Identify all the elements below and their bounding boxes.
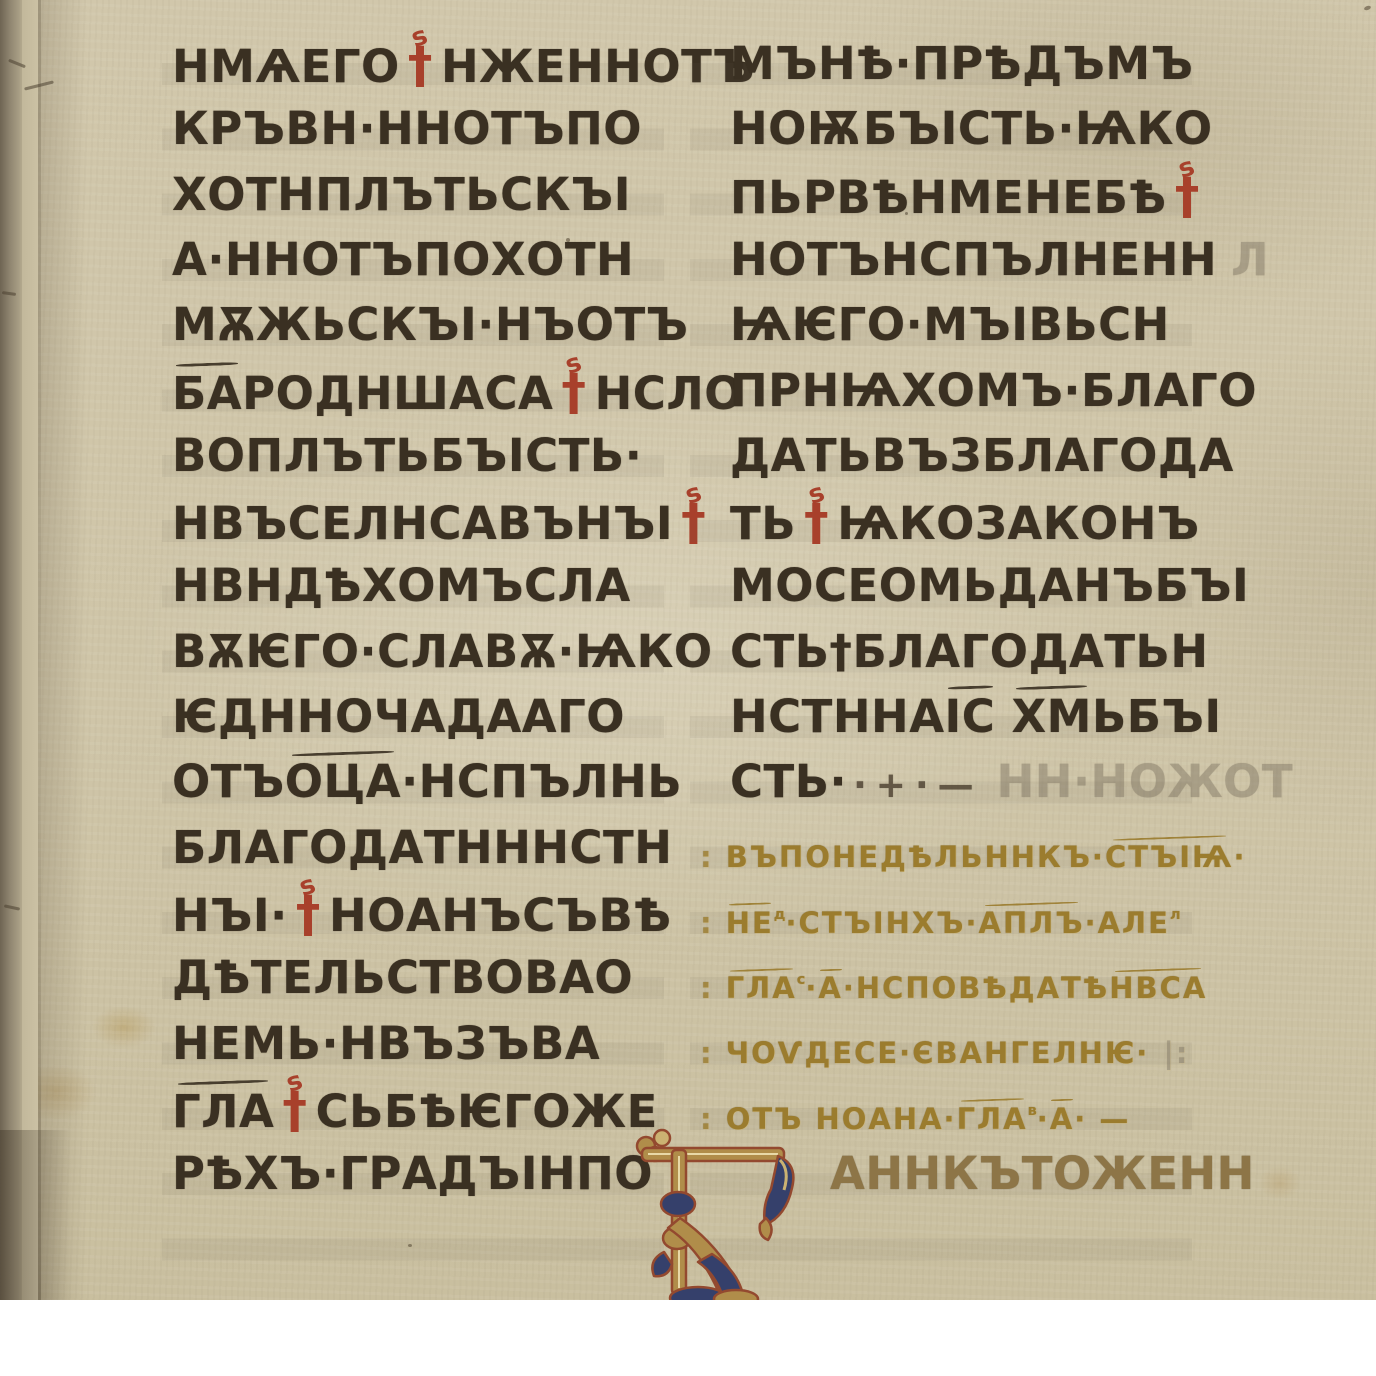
text-segment: А: [1050, 1102, 1074, 1136]
manuscript-line: АННКЪТОЖЕНН: [830, 1151, 1255, 1196]
text-segment: ВѪѤГО·СЛАВѪ·ѨКО: [172, 625, 713, 678]
text-segment: ·НСПЪЛНЬ: [401, 755, 682, 808]
text-segment: ЄВАНГЕЛНѤ·: [912, 1036, 1149, 1070]
red-cross-mark: ѕ†: [561, 368, 586, 418]
text-segment: ГЛА: [726, 971, 797, 1005]
red-cross-mark: ѕ†: [408, 41, 433, 91]
text-segment: ·АЛЕ: [1085, 906, 1170, 940]
bleedthrough-text: НН·НОЖОТ: [997, 755, 1293, 808]
text-segment: НСТННА: [730, 690, 945, 743]
red-cross-mark: ѕ†: [282, 1086, 307, 1136]
text-segment: АПЛЪ: [979, 906, 1085, 940]
manuscript-line: НОТЪНСПЪЛНЕННЛ: [730, 237, 1269, 282]
text-segment: ДѢТЕЛЬСТВОВАО: [172, 951, 633, 1004]
text-segment: НМѦЕГО: [172, 40, 400, 93]
text-segment: НОАНЪСЪВѢ: [329, 889, 672, 942]
manuscript-line: ДѢТЕЛЬСТВОВАО: [172, 955, 633, 1000]
manuscript-line: БЛАГОДАТНННСТН: [172, 825, 672, 870]
manuscript-line: ГЛАѕ†СЬБѢѤГОЖЕ: [172, 1086, 658, 1136]
text-segment: :: [700, 906, 726, 940]
manuscript-line: МѪЖЬСКЪІ·НЪОТЪ: [172, 302, 689, 347]
manuscript-line: НМѦЕГОѕ†НЖЕННОТЪ: [172, 41, 755, 91]
text-segment: НЕ: [726, 906, 774, 940]
text-segment: ѨѤГО·МЪІВЬСН: [730, 298, 1170, 351]
text-segment: ·+·—: [853, 765, 983, 806]
manuscript-line: : ЧОѴДЕСЕ·ЄВАНГЕЛНѤ·|:: [700, 1021, 1190, 1068]
text-segment: СТЬ·: [730, 755, 847, 808]
text-segment: :: [700, 1036, 726, 1070]
text-segment: ІС: [945, 690, 996, 743]
text-segment: ГЛА: [957, 1102, 1028, 1136]
manuscript-line: НЕМЬ·НВЪЗЪВА: [172, 1021, 600, 1066]
text-segment: ОЦА: [285, 755, 401, 808]
text-segment: [995, 690, 1011, 743]
text-segment: ТЬ: [730, 497, 796, 550]
manuscript-line: ДАТЬВЪЗБЛАГОДА: [730, 433, 1234, 478]
text-segment: АННКЪТОЖЕНН: [830, 1147, 1255, 1200]
text-segment: ·: [805, 971, 818, 1005]
ink-speck: [1364, 5, 1372, 11]
manuscript-line: ѨѤГО·МЪІВЬСН: [730, 302, 1170, 347]
manuscript-line: ВОПЛЪТЬБЪІСТЬ·: [172, 433, 642, 478]
text-segment: СТЬ†БЛАГОДАТЬН: [730, 625, 1209, 678]
manuscript-line: НОѬБЪІСТЬ·ѨКО: [730, 106, 1213, 151]
text-segment: СЬБѢѤГОЖЕ: [316, 1085, 658, 1138]
text-segment: РОДНШАСА: [242, 367, 553, 420]
gutter-shadow: [41, 0, 87, 1300]
bleedthrough-text: Л: [1231, 233, 1269, 286]
red-cross-mark: ѕ†: [296, 890, 321, 940]
binding-edge: [0, 0, 22, 1300]
text-segment: СТЪІѨ: [1105, 840, 1234, 874]
manuscript-line: ХОТНПЛЪТЬСКЪІ: [172, 172, 631, 217]
manuscript-line: БАРОДНШАСАѕ†НСЛО: [172, 368, 743, 418]
manuscript-page: НМѦЕГОѕ†НЖЕННОТЪКРЪВН·ННОТЪПОХОТНПЛЪТЬСК…: [0, 0, 1376, 1376]
text-segment: НЪІ·: [172, 889, 288, 942]
text-segment: ѤДННОЧАДААГО: [172, 690, 625, 743]
left-text-column: НМѦЕГОѕ†НЖЕННОТЪКРЪВН·ННОТЪПОХОТНПЛЪТЬСК…: [172, 41, 658, 1300]
text-segment: ХОТНПЛЪТЬСКЪІ: [172, 168, 631, 221]
text-segment: ХМ: [1011, 690, 1091, 743]
text-segment: БЛАГОДАТНННСТН: [172, 821, 672, 874]
text-segment: ·СТЪІНХЪ·: [786, 906, 979, 940]
page-edge: [22, 0, 38, 1300]
text-segment: :: [700, 971, 726, 1005]
text-segment: НВЪСЕЛНСАВЪНЪІ: [172, 497, 673, 550]
right-text-column: МЪНѢ·ПРѢДЪМЪНОѬБЪІСТЬ·ѨКОПЬРВѢНМЕНЕБѢѕ†Н…: [700, 41, 1186, 1300]
manuscript-line: НВЪСЕЛНСАВЪНЪІѕ†: [172, 498, 714, 548]
text-segment: ГЛА: [172, 1085, 274, 1138]
text-segment: :: [700, 840, 726, 874]
bleedthrough-text: |:: [1163, 1036, 1189, 1070]
text-segment: ЬБЪІ: [1092, 690, 1222, 743]
manuscript-line: КРЪВН·ННОТЪПО: [172, 106, 642, 151]
text-segment: л: [1170, 907, 1181, 923]
parchment-photo: НМѦЕГОѕ†НЖЕННОТЪКРЪВН·ННОТЪПОХОТНПЛЪТЬСК…: [0, 0, 1376, 1300]
text-segment: НОТЪНСПЪЛНЕНН: [730, 233, 1217, 286]
text-segment: ПЬРВѢНМЕНЕБѢ: [730, 171, 1167, 224]
text-segment: ВЪПОНЕДѢЛЬННКЪ·: [726, 840, 1105, 874]
manuscript-line: : ВЪПОНЕДѢЛЬННКЪ·СТЪІѨ·: [700, 825, 1246, 872]
text-segment: НЕМЬ·НВЪЗЪВА: [172, 1017, 600, 1070]
manuscript-line: ВѪѤГО·СЛАВѪ·ѨКО: [172, 629, 713, 674]
text-segment: ЧОѴДЕСЕ·: [726, 1036, 913, 1070]
text-segment: ВОПЛЪТЬБЪІСТЬ·: [172, 429, 642, 482]
red-cross-mark: ѕ†: [804, 498, 829, 548]
text-segment: ѨКОЗАКОНЪ: [837, 497, 1199, 550]
bottom-left-shadow: [0, 1130, 95, 1300]
manuscript-line: СТЬ··+·—НН·НОЖОТ: [730, 759, 1293, 804]
text-segment: ·НСПОВѢДАТѢ: [843, 971, 1109, 1005]
red-cross-mark: ѕ†: [1175, 172, 1200, 222]
text-segment: ДАТЬВЪЗБЛАГОДА: [730, 429, 1234, 482]
text-segment: НВНДѢХОМЪСЛА: [172, 559, 631, 612]
manuscript-line: ПРНѨХОМЪ·БЛАГО: [730, 368, 1257, 413]
text-segment: РѢХЪ·ГРАДЪІНПО: [172, 1147, 653, 1200]
text-segment: НВСА: [1109, 971, 1207, 1005]
manuscript-line: ѤДННОЧАДААГО: [172, 694, 625, 739]
text-segment: ·: [1233, 840, 1246, 874]
text-segment: КРЪВН·ННОТЪПО: [172, 102, 642, 155]
text-segment: А·ННОТЪПОХОТН: [172, 233, 634, 286]
text-segment: ОТЪ: [172, 755, 285, 808]
manuscript-line: ТЬѕ†ѨКОЗАКОНЪ: [730, 498, 1200, 548]
manuscript-line: МОСЕОМЬДАНЪБЪІ: [730, 563, 1249, 608]
manuscript-line: ОТЪОЦА·НСПЪЛНЬ: [172, 759, 682, 804]
manuscript-line: : НЕд·СТЪІНХЪ·АПЛЪ·АЛЕл: [700, 890, 1181, 938]
text-segment: МЪНѢ·ПРѢДЪМЪ: [730, 37, 1194, 90]
manuscript-line: ПЬРВѢНМЕНЕБѢѕ†: [730, 172, 1208, 222]
text-segment: БА: [172, 367, 242, 420]
manuscript-line: А·ННОТЪПОХОТН: [172, 237, 634, 282]
photo-margin: [0, 1300, 1376, 1376]
text-segment: д: [774, 907, 786, 923]
text-segment: в: [1028, 1103, 1037, 1119]
text-segment: А: [818, 971, 842, 1005]
manuscript-line: НСТННАІС ХМЬБЪІ: [730, 694, 1222, 739]
manuscript-line: МЪНѢ·ПРѢДЪМЪ: [730, 41, 1194, 86]
text-segment: НОѬБЪІСТЬ·ѨКО: [730, 102, 1213, 155]
text-segment: · —: [1074, 1102, 1130, 1136]
manuscript-line: РѢХЪ·ГРАДЪІНПО: [172, 1151, 653, 1196]
text-segment: ·: [1037, 1102, 1050, 1136]
text-segment: МОСЕОМЬДАНЪБЪІ: [730, 559, 1249, 612]
manuscript-line: : ГЛАс·А·НСПОВѢДАТѢНВСА: [700, 955, 1207, 1003]
manuscript-line: НЪІ·ѕ†НОАНЪСЪВѢ: [172, 890, 672, 940]
illuminated-initial: [628, 1126, 800, 1300]
text-segment: МѪЖЬСКЪІ·НЪОТЪ: [172, 298, 689, 351]
manuscript-line: СТЬ†БЛАГОДАТЬН: [730, 629, 1209, 674]
manuscript-line: НВНДѢХОМЪСЛА: [172, 563, 631, 608]
text-segment: ПРНѨХОМЪ·БЛАГО: [730, 364, 1257, 417]
